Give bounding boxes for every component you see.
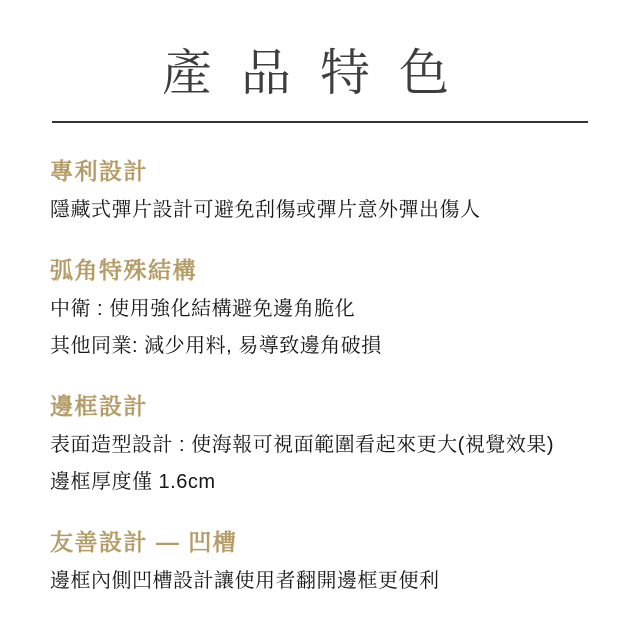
section-body-line: 邊框厚度僅 1.6cm: [50, 470, 590, 494]
section-arc-corner-structure: 弧角特殊結構 中衛 : 使用強化結構避免邊角脆化 其他同業: 減少用料, 易導致…: [50, 256, 590, 358]
section-heading: 邊框設計: [50, 392, 590, 420]
section-body-line: 隱藏式彈片設計可避免刮傷或彈片意外彈出傷人: [50, 198, 590, 222]
page-title: 產品特色: [0, 0, 640, 101]
section-body-line: 中衛 : 使用強化結構避免邊角脆化: [50, 297, 590, 321]
section-body-line: 其他同業: 減少用料, 易導致邊角破損: [50, 334, 590, 358]
section-heading: 友善設計 — 凹槽: [50, 528, 590, 556]
title-divider: [52, 121, 588, 123]
section-frame-design: 邊框設計 表面造型設計 : 使海報可視面範圍看起來更大(視覺效果) 邊框厚度僅 …: [50, 392, 590, 494]
section-body-line: 邊框內側凹槽設計讓使用者翻開邊框更便利: [50, 569, 590, 593]
section-heading: 專利設計: [50, 157, 590, 185]
product-features-page: 產品特色 專利設計 隱藏式彈片設計可避免刮傷或彈片意外彈出傷人 弧角特殊結構 中…: [0, 0, 640, 640]
feature-list: 專利設計 隱藏式彈片設計可避免刮傷或彈片意外彈出傷人 弧角特殊結構 中衛 : 使…: [0, 157, 640, 593]
section-body-line: 表面造型設計 : 使海報可視面範圍看起來更大(視覺效果): [50, 433, 590, 457]
section-friendly-design-groove: 友善設計 — 凹槽 邊框內側凹槽設計讓使用者翻開邊框更便利: [50, 528, 590, 593]
section-heading: 弧角特殊結構: [50, 256, 590, 284]
section-patent-design: 專利設計 隱藏式彈片設計可避免刮傷或彈片意外彈出傷人: [50, 157, 590, 222]
